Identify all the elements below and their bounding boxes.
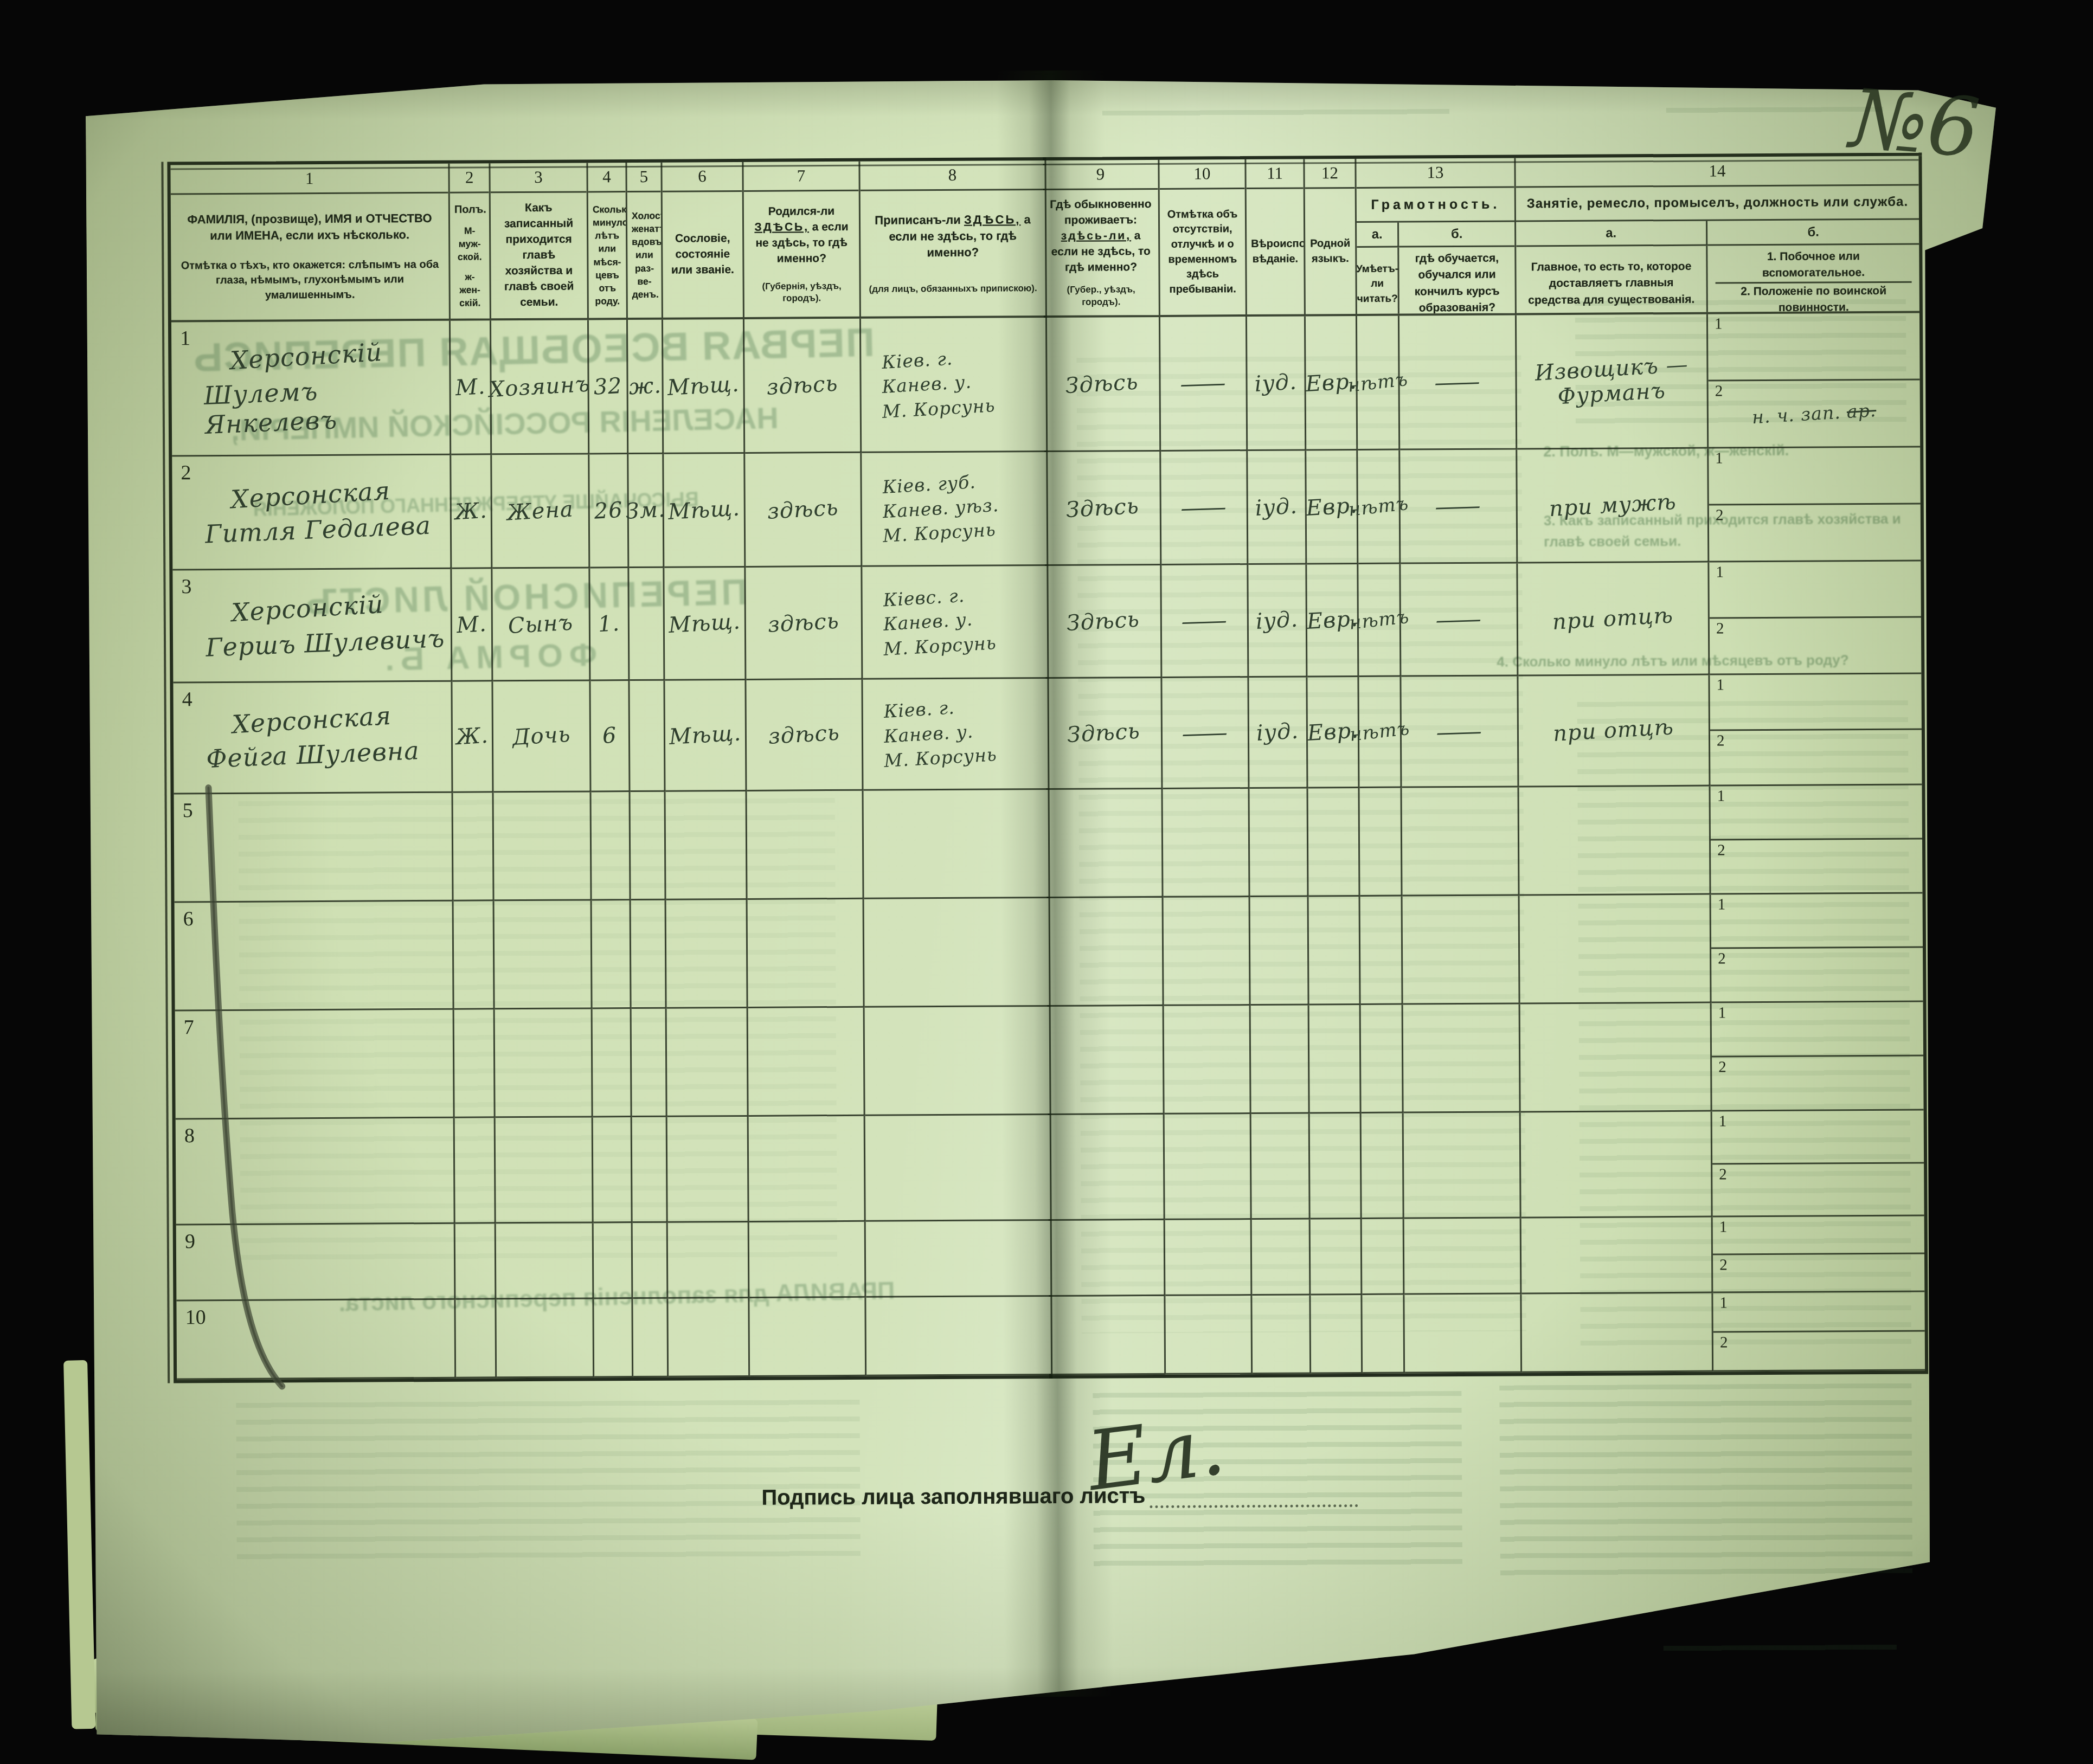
empty-cell: [1252, 1295, 1311, 1374]
empty-cell: [866, 1297, 1052, 1376]
row-4-relation: Дочь: [493, 681, 591, 793]
empty-secondary-cell: 12: [1713, 1216, 1925, 1293]
empty-cell: [1362, 1113, 1404, 1219]
row-4-estate: Мѣщ.: [665, 680, 747, 792]
signature-row: Подпись лица заполнявшаго листъ: [761, 1483, 1358, 1510]
empty-cell: [631, 900, 667, 1009]
row-1-occupation: Извощикъ —Фурманъ: [1517, 314, 1709, 450]
empty-cell: [1403, 1004, 1521, 1113]
empty-cell: [1165, 1220, 1253, 1296]
empty-cell: [1521, 1293, 1713, 1373]
empty-cell: [1311, 1219, 1363, 1295]
column-header-9: 9 Гдѣ обыкновенно проживаетъ: здѣсь-ли, …: [1043, 160, 1160, 318]
empty-cell: [1362, 1295, 1405, 1374]
empty-cell: [749, 1222, 866, 1298]
column-header-2: 2 Полъ. М-муж­ской. ж-жен­скій.: [450, 163, 491, 320]
empty-cell: [1362, 1219, 1405, 1295]
empty-cell: [1309, 897, 1361, 1005]
row-2-religion: іуд.: [1248, 450, 1307, 565]
row-4-absence: —: [1162, 678, 1249, 789]
row-4-registered: Кіев. г.Канев. у.М. Корсунь: [863, 679, 1049, 791]
empty-cell: [749, 1298, 866, 1377]
row-4-age: 6: [590, 681, 630, 792]
empty-cell: [1404, 1218, 1522, 1295]
row-2-school: —: [1400, 449, 1518, 564]
empty-cell: [496, 1223, 594, 1299]
empty-cell: [632, 1117, 668, 1223]
row-2-sex: Ж.: [451, 455, 492, 569]
row-2-registered: Кіев. губ.Канев. уѣз.М. Корсунь: [862, 452, 1048, 567]
row-3-name-cell: 3 Херсонскій Гершъ Шулевичъ: [172, 569, 452, 684]
empty-secondary-cell: 12: [1713, 1292, 1925, 1372]
empty-cell: [1404, 1112, 1521, 1219]
pencil-stroke: [162, 762, 383, 1522]
empty-cell: [454, 901, 495, 1009]
row-2-born: здѣсь: [745, 453, 862, 568]
column-header-13-literacy: 13 Грамотность. а. б. Умѣетъ-ли читать? …: [1356, 158, 1517, 316]
row-3-religion: іуд.: [1248, 564, 1307, 678]
signature-caption: Подпись лица заполнявшаго листъ: [761, 1484, 1145, 1510]
empty-cell: [455, 1299, 497, 1378]
row-3-absence: —: [1161, 565, 1249, 678]
empty-cell: [749, 1116, 866, 1222]
row-3-registered: Кіевс. г.Канев. у.М. Корсунь: [862, 566, 1049, 680]
empty-cell: [495, 1009, 593, 1118]
empty-cell: [1164, 1006, 1251, 1115]
empty-cell: [1251, 1005, 1310, 1114]
row-4-occupation: при отцѣ: [1518, 675, 1710, 788]
row-2-relation: Жена: [492, 454, 590, 569]
column-header-3: 3 Какъ записанный приходится главѣ хозяй…: [490, 163, 589, 320]
row-2-name-cell: 2 Херсонская Гитля Гедалева: [172, 455, 452, 571]
empty-cell: [631, 792, 666, 900]
column-header-8: 8 Приписанъ-ли ЗДѢСЬ, а если не здѣсь, т…: [860, 160, 1047, 319]
empty-cell: [594, 1223, 633, 1299]
empty-cell: [667, 1117, 749, 1223]
empty-cell: [1250, 897, 1309, 1006]
empty-cell: [1308, 788, 1360, 897]
empty-cell: [1520, 895, 1712, 1005]
empty-cell: [1403, 896, 1520, 1005]
empty-cell: [594, 1299, 633, 1377]
row-3-sex: М.: [452, 569, 493, 681]
surname-handwritten: Херсонскій: [229, 337, 383, 375]
row-3-estate: Мѣщ.: [664, 568, 746, 681]
empty-cell: [633, 1223, 669, 1299]
empty-cell: [593, 1009, 632, 1117]
row-2-marital: Зм.: [628, 454, 664, 568]
empty-cell: [1361, 1005, 1404, 1113]
empty-cell: [1165, 1114, 1252, 1220]
empty-cell: [1521, 1112, 1713, 1219]
empty-cell: [666, 791, 748, 900]
row-2-estate: Мѣщ.: [664, 454, 746, 568]
empty-cell: [1049, 1220, 1166, 1297]
empty-cell: [748, 1008, 865, 1117]
row-4-sex: Ж.: [452, 681, 493, 793]
column-header-10: 10 Отмѣтка объ отсутствіи, отлучкѣ и о в…: [1159, 159, 1247, 317]
row-4-lives: Здѣсь: [1045, 678, 1163, 790]
ghost-text-block: [1102, 109, 1449, 125]
column-header-4: 4 Сколько минуло лѣтъ или мѣ­ся­цевъ отъ…: [588, 163, 628, 320]
photo-scene: ПЕРВАЯ ВСЕОБЩАЯ ПЕРЕПИСЬ НАСЕЛЕНІЯ РОССІ…: [0, 0, 2093, 1753]
empty-cell: [1402, 787, 1519, 896]
empty-cell: [1404, 1294, 1522, 1373]
row-1-reads: нѣтъ: [1357, 316, 1400, 450]
column-header-14-occupation: 14 Занятіе, ремесло, промыселъ, должност…: [1516, 156, 1919, 316]
row-4-born: здѣсь: [746, 680, 863, 791]
enumerator-signature: Ел.: [1082, 1399, 1230, 1510]
row-1-marital: ж.: [628, 320, 664, 454]
row-1-sex: М.: [451, 320, 492, 455]
row-3-occupation: при отцѣ: [1518, 563, 1710, 677]
empty-cell: [496, 1299, 594, 1378]
column-header-1: 1 ФАМИЛІЯ, (прозвище), ИМЯ и ОТЧЕСТВО ил…: [170, 164, 451, 323]
military-status-handwritten: н. ч. зап. ар.: [1751, 400, 1877, 428]
row-1-age: 32: [589, 320, 628, 454]
empty-cell: [494, 792, 592, 901]
empty-cell: [1048, 1115, 1165, 1221]
empty-secondary-cell: 12: [1712, 1111, 1924, 1218]
empty-cell: [864, 898, 1051, 1008]
empty-cell: [1252, 1219, 1311, 1296]
empty-cell: [633, 1299, 669, 1377]
given-name-handwritten: Шулемъ Янкелевъ: [203, 371, 451, 439]
row-3-born: здѣсь: [746, 567, 863, 680]
ghost-text-block: [1499, 1383, 1912, 1581]
empty-cell: [592, 900, 632, 1009]
row-2-lives: Здѣсь: [1044, 452, 1161, 566]
column-header-11: 11 Вѣроиспо­вѣданіе.: [1246, 159, 1306, 317]
empty-cell: [592, 792, 631, 900]
empty-cell: [1048, 1006, 1165, 1115]
empty-cell: [1359, 788, 1402, 897]
row-2-secondary-occupation: 1 2: [1709, 448, 1921, 563]
empty-secondary-cell: 12: [1710, 786, 1922, 895]
empty-cell: [1046, 789, 1164, 898]
row-3-marital: [629, 568, 665, 681]
column-number: 1: [170, 164, 448, 195]
empty-cell: [454, 1009, 496, 1118]
empty-secondary-cell: 12: [1711, 894, 1923, 1003]
row-1-name-cell: 1 Херсонскій Шулемъ Янкелевъ: [171, 321, 451, 457]
row-4-secondary-occupation: 1 2: [1710, 674, 1922, 787]
empty-cell: [1049, 1296, 1166, 1375]
empty-secondary-cell: 12: [1712, 1002, 1924, 1112]
empty-cell: [864, 790, 1050, 899]
row-3-secondary-occupation: 1 2: [1709, 562, 1921, 675]
row-2-occupation: при мужѣ: [1517, 449, 1709, 564]
empty-cell: [455, 1224, 497, 1299]
empty-cell: [866, 1221, 1052, 1298]
row-3-school: —: [1401, 563, 1518, 677]
row-1-relation: Хозяинъ: [491, 320, 589, 455]
column-header-12: 12 Родной языкъ.: [1305, 159, 1357, 316]
row-2-age: 26: [589, 454, 629, 568]
empty-cell: [1309, 1005, 1362, 1113]
row-2-reads: нѣтъ: [1358, 450, 1401, 564]
row-3-relation: Сынъ: [492, 568, 590, 681]
printer-imprint-line: [1664, 1645, 1897, 1656]
empty-cell: [1360, 897, 1403, 1005]
empty-cell: [593, 1117, 633, 1223]
empty-cell: [666, 900, 748, 1009]
row-4-marital: [630, 681, 665, 792]
empty-cell: [865, 1007, 1051, 1116]
column-header-7: 7 Родился-ли ЗДѢСЬ, а если не здѣсь, то …: [743, 162, 861, 319]
row-4-school: —: [1401, 676, 1519, 788]
row-1-born: здѣсь: [744, 319, 862, 454]
empty-cell: [1251, 1113, 1311, 1220]
empty-cell: [1165, 1296, 1253, 1375]
empty-cell: [667, 1008, 749, 1117]
page-stack-edge: [63, 1360, 95, 1729]
empty-cell: [632, 1009, 667, 1117]
empty-cell: [1164, 897, 1251, 1006]
row-1-absence: —: [1160, 317, 1248, 452]
empty-cell: [1249, 788, 1308, 897]
empty-cell: [865, 1115, 1052, 1222]
empty-cell: [1310, 1113, 1362, 1219]
row-1-lives: Здѣсь: [1044, 317, 1161, 452]
column-header-5: 5 Холостъ, женатъ, вдовъ или раз­ве­денъ…: [627, 163, 663, 320]
sheet-number: №6: [1847, 72, 1983, 176]
empty-cell: [747, 791, 864, 900]
row-1-secondary-occupation: 1 2 н. ч. зап. ар.: [1708, 313, 1920, 449]
row-4-religion: іуд.: [1249, 677, 1308, 789]
empty-cell: [668, 1222, 750, 1299]
empty-cell: [453, 793, 495, 901]
empty-cell: [668, 1298, 750, 1377]
signature-dotted-line: [1150, 1499, 1358, 1508]
empty-cell: [1519, 787, 1711, 896]
occupation-group-label: Занятіе, ремесло, промыселъ, должность и…: [1516, 186, 1919, 222]
row-4-reads: нѣтъ: [1359, 677, 1402, 788]
row-3-lives: Здѣсь: [1045, 565, 1162, 679]
empty-cell: [496, 1117, 594, 1224]
row-1-registered: Кіев. г.Канев. у.М. Корсунь: [861, 318, 1048, 453]
row-3-age: 1.: [590, 568, 630, 681]
empty-cell: [1520, 1003, 1712, 1113]
column-header-6: 6 Сословіе, состояніе или званіе.: [662, 162, 744, 320]
empty-cell: [1163, 789, 1250, 898]
row-1-school: —: [1399, 315, 1517, 450]
census-table-right: 9 Гдѣ обыкновенно проживаетъ: здѣсь-ли, …: [1043, 153, 1928, 1379]
empty-cell: [455, 1118, 496, 1224]
empty-cell: [1521, 1218, 1713, 1295]
empty-cell: [748, 899, 865, 1008]
empty-cell: [495, 900, 593, 1009]
literacy-group-label: Грамотность.: [1357, 188, 1514, 223]
empty-cell: [1311, 1295, 1363, 1374]
row-number: 1: [180, 326, 190, 350]
row-1-estate: Мѣщ.: [663, 319, 745, 454]
row-3-reads: нѣтъ: [1358, 564, 1401, 677]
row-2-absence: —: [1161, 451, 1248, 565]
empty-cell: [1047, 898, 1164, 1007]
row-1-religion: іуд.: [1247, 316, 1306, 451]
